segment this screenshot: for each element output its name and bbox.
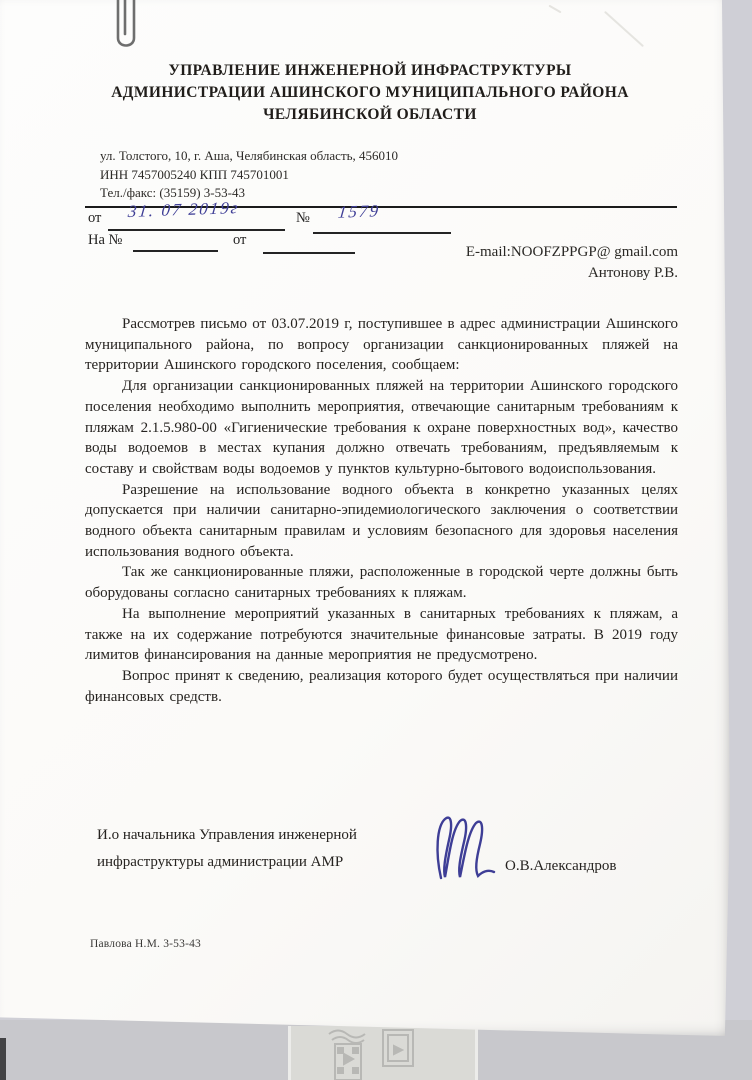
org-name-line1: УПРАВЛЕНИЕ ИНЖЕНЕРНОЙ ИНФРАСТРУКТУРЫ [20,60,720,82]
from-date-handwritten: 31. 07 2019г [127,198,240,222]
reply-from-label: от [233,232,246,249]
paragraph: Для организации санкционированных пляжей… [85,376,678,480]
paragraph: На выполнение мероприятий указанных в са… [85,604,678,666]
image-frame-icon [383,1030,413,1066]
signer-title-line2: инфраструктуры администрации АМР [97,849,427,876]
paper-crease [604,11,644,47]
org-name-line2: АДМИНИСТРАЦИИ АШИНСКОГО МУНИЦИПАЛЬНОГО Р… [20,82,720,104]
paragraph: Вопрос принят к сведению, реализация кот… [85,666,678,707]
scanner-watermark-panel [288,1026,478,1080]
recipient-email: E-mail:NOOFZPPGP@ gmail.com [300,242,678,263]
screenshot-root: { "letterhead": { "line1": "УПРАВЛЕНИЕ И… [0,0,752,1080]
number-underline [313,232,451,234]
signer-name: О.В.Александров [505,858,616,875]
film-strip-icon [329,1031,365,1080]
scan-edge-shadow [0,1038,6,1080]
recipient-block: E-mail:NOOFZPPGP@ gmail.com Антонову Р.В… [300,242,678,284]
letter-body: Рассмотрев письмо от 03.07.2019 г, посту… [85,314,678,707]
paragraph: Рассмотрев письмо от 03.07.2019 г, посту… [85,314,678,376]
org-name-line3: ЧЕЛЯБИНСКОЙ ОБЛАСТИ [20,104,720,126]
reply-number-underline [133,250,218,252]
from-underline [108,229,285,231]
inn-kpp-line: ИНН 7457005240 КПП 745701001 [100,166,520,185]
recipient-name: Антонову Р.В. [300,263,678,284]
signer-title: И.о начальника Управления инженерной инф… [97,822,427,876]
doc-number-handwritten: 1579 [337,201,381,223]
contact-block: ул. Толстого, 10, г. Аша, Челябинская об… [100,147,520,203]
paperclip-icon [101,0,155,60]
from-label: от [88,210,101,227]
signer-title-line1: И.о начальника Управления инженерной [97,822,427,849]
paragraph: Разрешение на использование водного объе… [85,480,678,563]
reply-to-label: На № [88,232,122,249]
paper-crease [548,5,561,14]
scanned-letter-page: УПРАВЛЕНИЕ ИНЖЕНЕРНОЙ ИНФРАСТРУКТУРЫ АДМ… [0,0,730,1036]
signature-scribble-icon [425,808,505,890]
paragraph: Так же санкционированные пляжи, располож… [85,562,678,603]
number-label: № [296,210,310,227]
executor-contact: Павлова Н.М. 3-53-43 [90,938,201,950]
letterhead: УПРАВЛЕНИЕ ИНЖЕНЕРНОЙ ИНФРАСТРУКТУРЫ АДМ… [20,60,720,126]
address-line: ул. Толстого, 10, г. Аша, Челябинская об… [100,147,520,166]
